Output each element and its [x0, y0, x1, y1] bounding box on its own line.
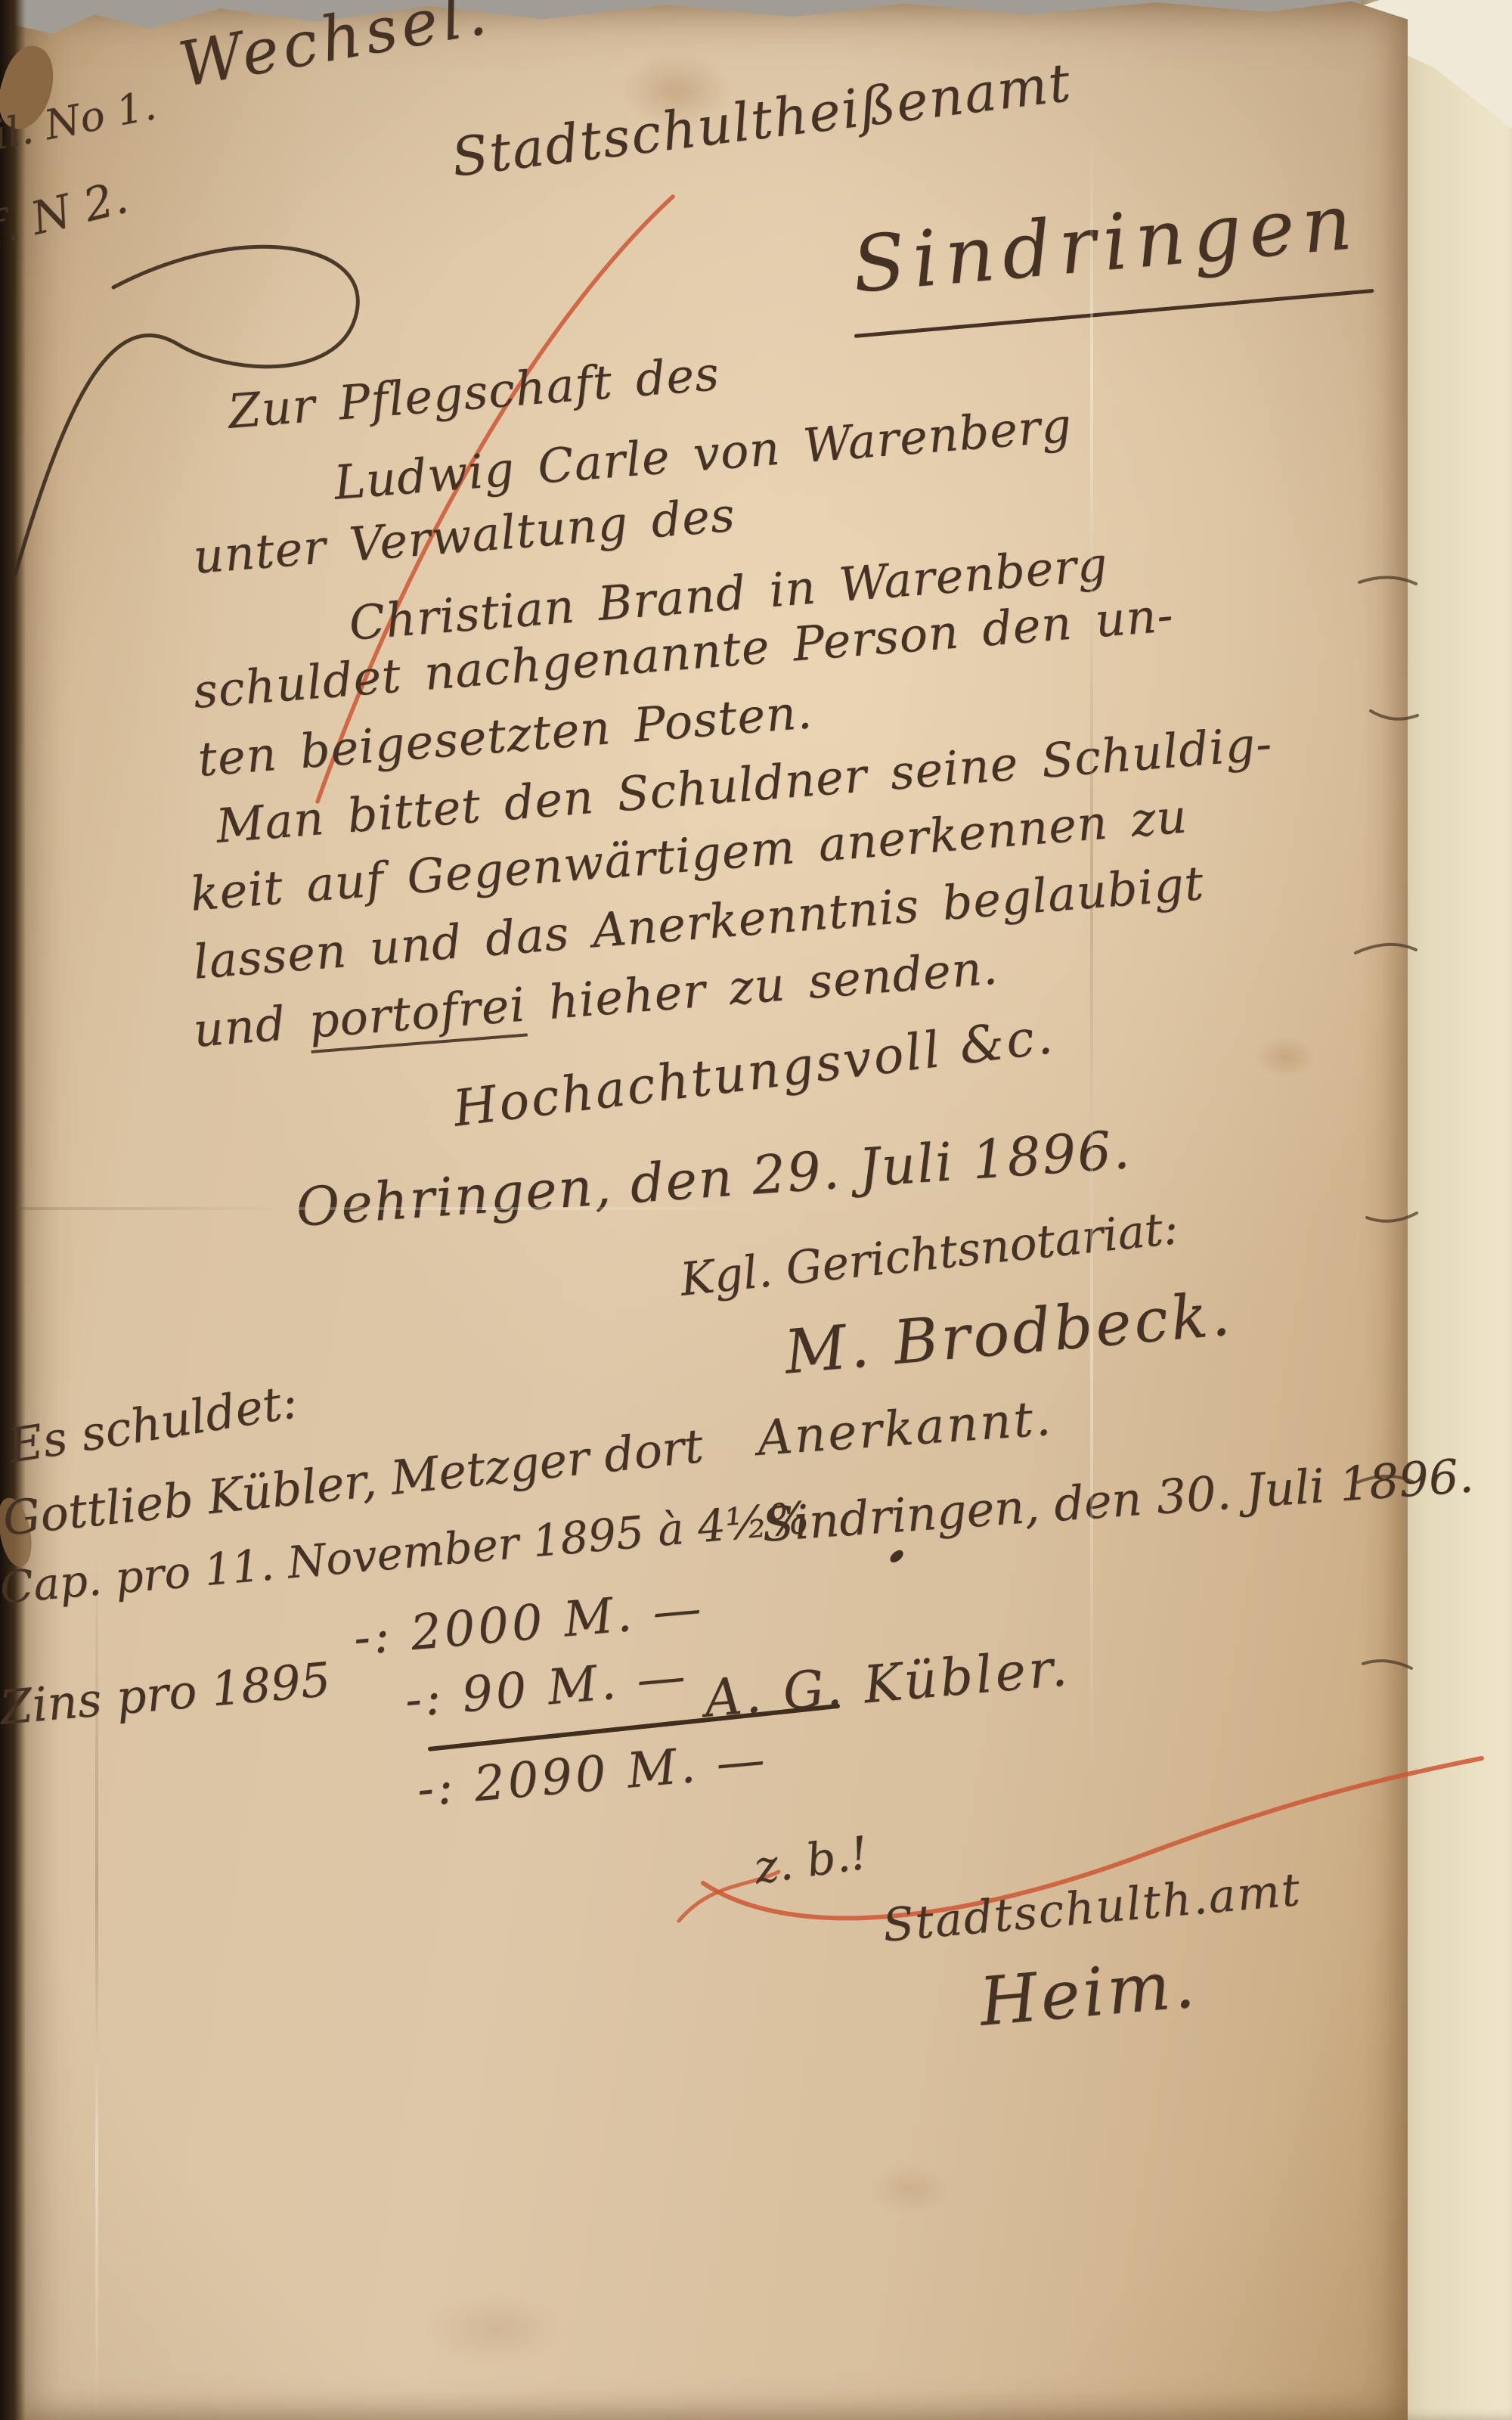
paper-stain — [1255, 1036, 1315, 1078]
paper-stain — [423, 2291, 567, 2367]
photographed-archival-letter: { "colors": { "ink": "#463224", "red_pen… — [0, 0, 1512, 2420]
body-line-fragment: und — [191, 994, 311, 1058]
book-gutter-shadow — [0, 0, 26, 2420]
paper-stain — [869, 2163, 953, 2216]
